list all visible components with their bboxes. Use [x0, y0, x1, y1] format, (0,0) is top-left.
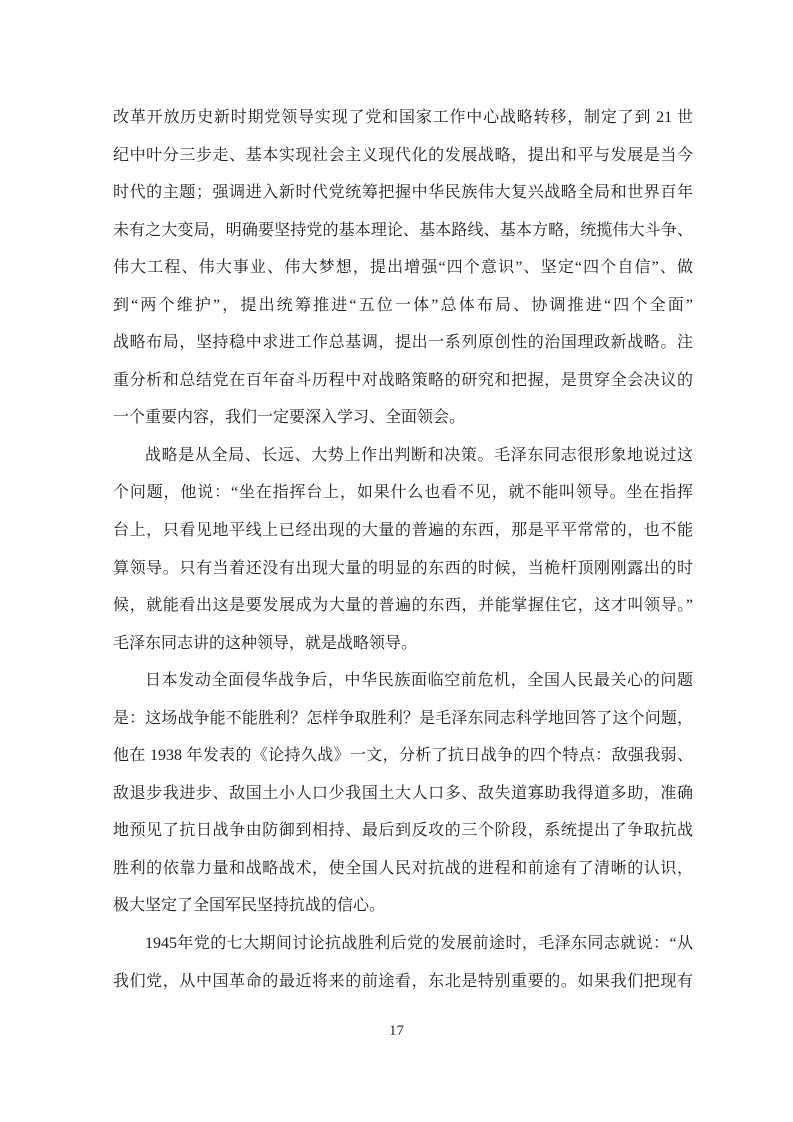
text-line: 日本发动全面侵华战争后，中华民族面临空前危机，全国人民最关心的问题 — [113, 662, 693, 700]
text-line: 未有之大变局，明确要坚持党的基本理论、基本路线、基本方略，统揽伟大斗争、 — [113, 212, 693, 250]
text-line: 时代的主题；强调进入新时代党统筹把握中华民族伟大复兴战略全局和世界百年 — [113, 174, 693, 212]
text-line: 战略是从全局、长远、大势上作出判断和决策。毛泽东同志很形象地说过这 — [113, 437, 693, 475]
text-line: 重分析和总结党在百年奋斗历程中对战略策略的研究和把握，是贯穿全会决议的 — [113, 362, 693, 400]
text-line: 胜利的依靠力量和战略战术，使全国人民对抗战的进程和前途有了清晰的认识， — [113, 850, 693, 888]
text-line: 纪中叶分三步走、基本实现社会主义现代化的发展战略，提出和平与发展是当今 — [113, 137, 693, 175]
body-text: 改革开放历史新时期党领导实现了党和国家工作中心战略转移，制定了到 21 世 纪中… — [113, 99, 693, 1000]
text-line: 他在 1938 年发表的《论持久战》一文，分析了抗日战争的四个特点：敌强我弱、 — [113, 737, 693, 775]
text-line: 我们党，从中国革命的最近将来的前途看，东北是特别重要的。如果我们把现有 — [113, 963, 693, 1001]
text-line: 伟大工程、伟大事业、伟大梦想，提出增强“四个意识”、坚定“四个自信”、做 — [113, 249, 693, 287]
text-line: 算领导。只有当着还没有出现大量的明显的东西的时候，当桅杆顶刚刚露出的时 — [113, 550, 693, 588]
text-line: 毛泽东同志讲的这种领导，就是战略领导。 — [113, 625, 693, 663]
text-line: 一个重要内容，我们一定要深入学习、全面领会。 — [113, 399, 693, 437]
text-line: 到“两个维护”，提出统筹推进“五位一体”总体布局、协调推进“四个全面” — [113, 287, 693, 325]
text-line: 候，就能看出这是要发展成为大量的普遍的东西，并能掌握住它，这才叫领导。” — [113, 587, 693, 625]
text-line: 改革开放历史新时期党领导实现了党和国家工作中心战略转移，制定了到 21 世 — [113, 99, 693, 137]
text-line: 战略布局，坚持稳中求进工作总基调，提出一系列原创性的治国理政新战略。注 — [113, 324, 693, 362]
text-line: 台上，只看见地平线上已经出现的大量的普遍的东西，那是平平常常的，也不能 — [113, 512, 693, 550]
text-line: 个问题，他说：“坐在指挥台上，如果什么也看不见，就不能叫领导。坐在指挥 — [113, 474, 693, 512]
text-line: 是：这场战争能不能胜利？怎样争取胜利？是毛泽东同志科学地回答了这个问题， — [113, 700, 693, 738]
text-line: 极大坚定了全国军民坚持抗战的信心。 — [113, 887, 693, 925]
text-line: 地预见了抗日战争由防御到相持、最后到反攻的三个阶段，系统提出了争取抗战 — [113, 812, 693, 850]
document-page: 改革开放历史新时期党领导实现了党和国家工作中心战略转移，制定了到 21 世 纪中… — [0, 0, 793, 1122]
text-line: 敌退步我进步、敌国土小人口少我国土大人口多、敌失道寡助我得道多助，准确 — [113, 775, 693, 813]
text-line: 1945年党的七大期间讨论抗战胜利后党的发展前途时，毛泽东同志就说：“从 — [113, 925, 693, 963]
page-number: 17 — [0, 1020, 793, 1042]
